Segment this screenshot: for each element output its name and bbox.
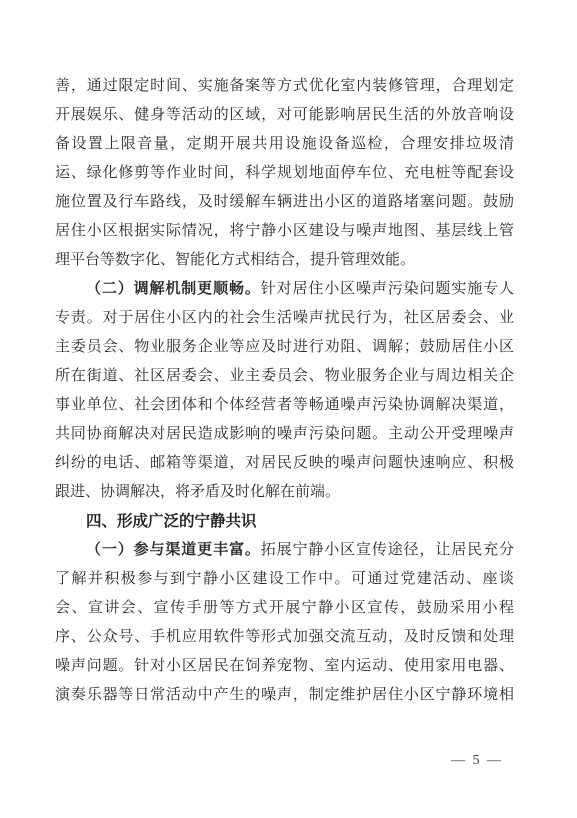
line-text: 主委员会、物业服务企业等应及时进行劝阻、调解；鼓励居住小区 [55,339,514,355]
line-text: 纠纷的电话、邮箱等渠道，对居民反映的噪声问题快速响应、积极 [55,455,514,471]
text-line: 演奏乐器等日常活动中产生的噪声，制定维护居住小区宁静环境相 [55,681,514,710]
text-line: 主委员会、物业服务企业等应及时进行劝阻、调解；鼓励居住小区 [55,333,514,362]
text-line: 善，通过限定时间、实施备案等方式优化室内装修管理，合理划定 [55,72,514,101]
text-line: 序、公众号、手机应用软件等形式加强交流互动，及时反馈和处理 [55,623,514,652]
line-text: 会、宣讲会、宣传手册等方式开展宁静小区宣传，鼓励采用小程 [55,600,514,616]
line-text: 序、公众号、手机应用软件等形式加强交流互动，及时反馈和处理 [55,629,514,645]
line-text: 善，通过限定时间、实施备案等方式优化室内装修管理，合理划定 [55,78,514,94]
line-text: 理平台等数字化、智能化方式相结合，提升管理效能。 [55,252,415,268]
line-text: 跟进、协调解决，将矛盾及时化解在前端。 [55,484,340,500]
text-line: 施位置及行车路线，及时缓解车辆进出小区的道路堵塞问题。鼓励 [55,188,514,217]
line-text: 共同协商解决对居民造成影响的噪声污染问题。主动公开受理噪声 [55,426,514,442]
document-body: 善，通过限定时间、实施备案等方式优化室内装修管理，合理划定 开展娱乐、健身等活动… [55,72,514,710]
text-line: 共同协商解决对居民造成影响的噪声污染问题。主动公开受理噪声 [55,420,514,449]
line-text: 备设置上限音量，定期开展共用设施设备巡检，合理安排垃圾清 [55,136,514,152]
text-line-paragraph-end: 跟进、协调解决，将矛盾及时化解在前端。 [55,478,514,507]
line-text: 针对居住小区噪声污染问题实施专人 [261,281,514,297]
line-text: 施位置及行车路线，及时缓解车辆进出小区的道路堵塞问题。鼓励 [55,194,514,210]
text-line: 纠纷的电话、邮箱等渠道，对居民反映的噪声问题快速响应、积极 [55,449,514,478]
text-line: 运、绿化修剪等作业时间，科学规划地面停车位、充电桩等配套设 [55,159,514,188]
text-line-paragraph-end: 理平台等数字化、智能化方式相结合，提升管理效能。 [55,246,514,275]
text-line: 开展娱乐、健身等活动的区域，对可能影响居民生活的外放音响设 [55,101,514,130]
text-line: 专责。对于居住小区内的社会生活噪声扰民行为，社区居委会、业 [55,304,514,333]
line-text: 演奏乐器等日常活动中产生的噪声，制定维护居住小区宁静环境相 [55,687,514,703]
line-text: 拓展宁静小区宣传途径，让居民充分 [261,542,514,558]
line-text: 事业单位、社会团体和个体经营者等畅通噪声污染协调解决渠道， [55,397,514,413]
line-text: 运、绿化修剪等作业时间，科学规划地面停车位、充电桩等配套设 [55,165,514,181]
text-line: 所在街道、社区居委会、业主委员会、物业服务企业与周边相关企 [55,362,514,391]
section-heading: 四、形成广泛的宁静共识 [55,507,514,536]
text-line: 备设置上限音量，定期开展共用设施设备巡检，合理安排垃圾清 [55,130,514,159]
text-line: 会、宣讲会、宣传手册等方式开展宁静小区宣传，鼓励采用小程 [55,594,514,623]
text-line: 噪声问题。针对小区居民在饲养宠物、室内运动、使用家用电器、 [55,652,514,681]
line-text: 噪声问题。针对小区居民在饲养宠物、室内运动、使用家用电器、 [55,658,514,674]
line-text: 开展娱乐、健身等活动的区域，对可能影响居民生活的外放音响设 [55,107,514,123]
document-page: 善，通过限定时间、实施备案等方式优化室内装修管理，合理划定 开展娱乐、健身等活动… [0,0,577,818]
line-text: 所在街道、社区居委会、业主委员会、物业服务企业与周边相关企 [55,368,514,384]
paragraph-lead-line: （二）调解机制更顺畅。针对居住小区噪声污染问题实施专人 [55,275,514,304]
paragraph-lead-label: （一）参与渠道更丰富。 [86,542,261,558]
text-line: 居住小区根据实际情况，将宁静小区建设与噪声地图、基层线上管 [55,217,514,246]
text-line: 事业单位、社会团体和个体经营者等畅通噪声污染协调解决渠道， [55,391,514,420]
line-text: 居住小区根据实际情况，将宁静小区建设与噪声地图、基层线上管 [55,223,514,239]
section-heading-text: 四、形成广泛的宁静共识 [86,513,257,530]
paragraph-lead-line: （一）参与渠道更丰富。拓展宁静小区宣传途径，让居民充分 [55,536,514,565]
line-text: 专责。对于居住小区内的社会生活噪声扰民行为，社区居委会、业 [55,310,514,326]
text-line: 了解并积极参与到宁静小区建设工作中。可通过党建活动、座谈 [55,565,514,594]
line-text: 了解并积极参与到宁静小区建设工作中。可通过党建活动、座谈 [55,571,514,587]
page-number: — 5 — [0,753,503,769]
paragraph-lead-label: （二）调解机制更顺畅。 [86,281,261,297]
